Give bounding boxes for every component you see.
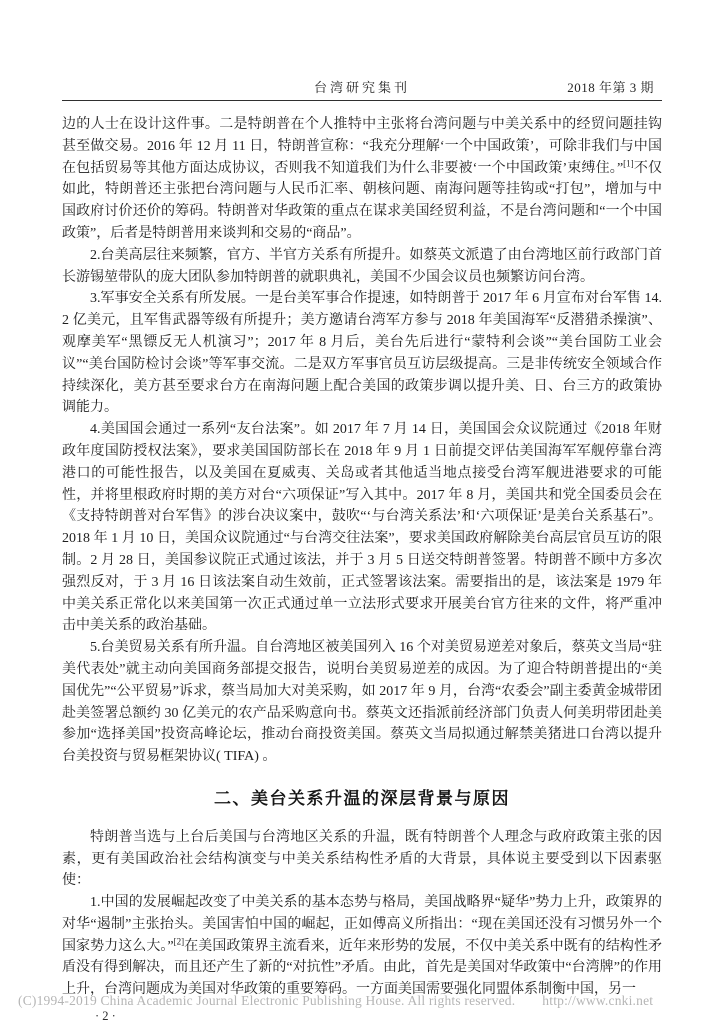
footnote-ref-1: [1] <box>623 158 634 168</box>
paragraph-intro: 特朗普当选与上台后美国与台湾地区关系的升温，既有特朗普个人理念与政府政策主张的因… <box>62 827 662 892</box>
paragraph-point-2: 2.台美高层往来频繁，官方、半官方关系有所提升。如蔡英文派遣了由台湾地区前行政部… <box>62 245 662 289</box>
paragraph-point-3: 3.军事安全关系有所发展。一是台美军事合作提速，如特朗普于 2017 年 6 月… <box>62 288 662 419</box>
paragraph-factor-1: 1.中国的发展崛起改变了中美关系的基本态势与格局，美国战略界“疑华”势力上升，政… <box>62 892 662 1001</box>
issue-label: 2018 年第 3 期 <box>567 77 654 96</box>
cnki-url: http://www.cnki.net <box>542 993 653 1008</box>
copyright-watermark: (C)1994-2019 China Academic Journal Elec… <box>18 993 714 1009</box>
journal-page: 台湾研究集刊 2018 年第 3 期 边的人士在设计这件事。二是特朗普在个人推特… <box>0 0 724 1024</box>
header-rule <box>62 100 662 101</box>
section-heading: 二、美台关系升温的深层背景与原因 <box>62 789 662 811</box>
copyright-text: (C)1994-2019 China Academic Journal Elec… <box>18 993 515 1008</box>
article-body: 边的人士在设计这件事。二是特朗普在个人推特中主张将台湾问题与中美关系中的经贸问题… <box>62 114 662 1024</box>
paragraph-continuation: 边的人士在设计这件事。二是特朗普在个人推特中主张将台湾问题与中美关系中的经贸问题… <box>62 114 662 245</box>
running-head: 台湾研究集刊 2018 年第 3 期 <box>62 77 662 95</box>
paragraph-point-4: 4.美国国会通过一系列“友台法案”。如 2017 年 7 月 14 日，美国国会… <box>62 419 662 637</box>
paragraph-point-5: 5.台美贸易关系有所升温。自台湾地区被美国列入 16 个对美贸易逆差对象后，蔡英… <box>62 637 662 768</box>
paragraph-text: 边的人士在设计这件事。二是特朗普在个人推特中主张将台湾问题与中美关系中的经贸问题… <box>62 117 662 176</box>
footnote-ref-2: [2] <box>174 936 185 946</box>
